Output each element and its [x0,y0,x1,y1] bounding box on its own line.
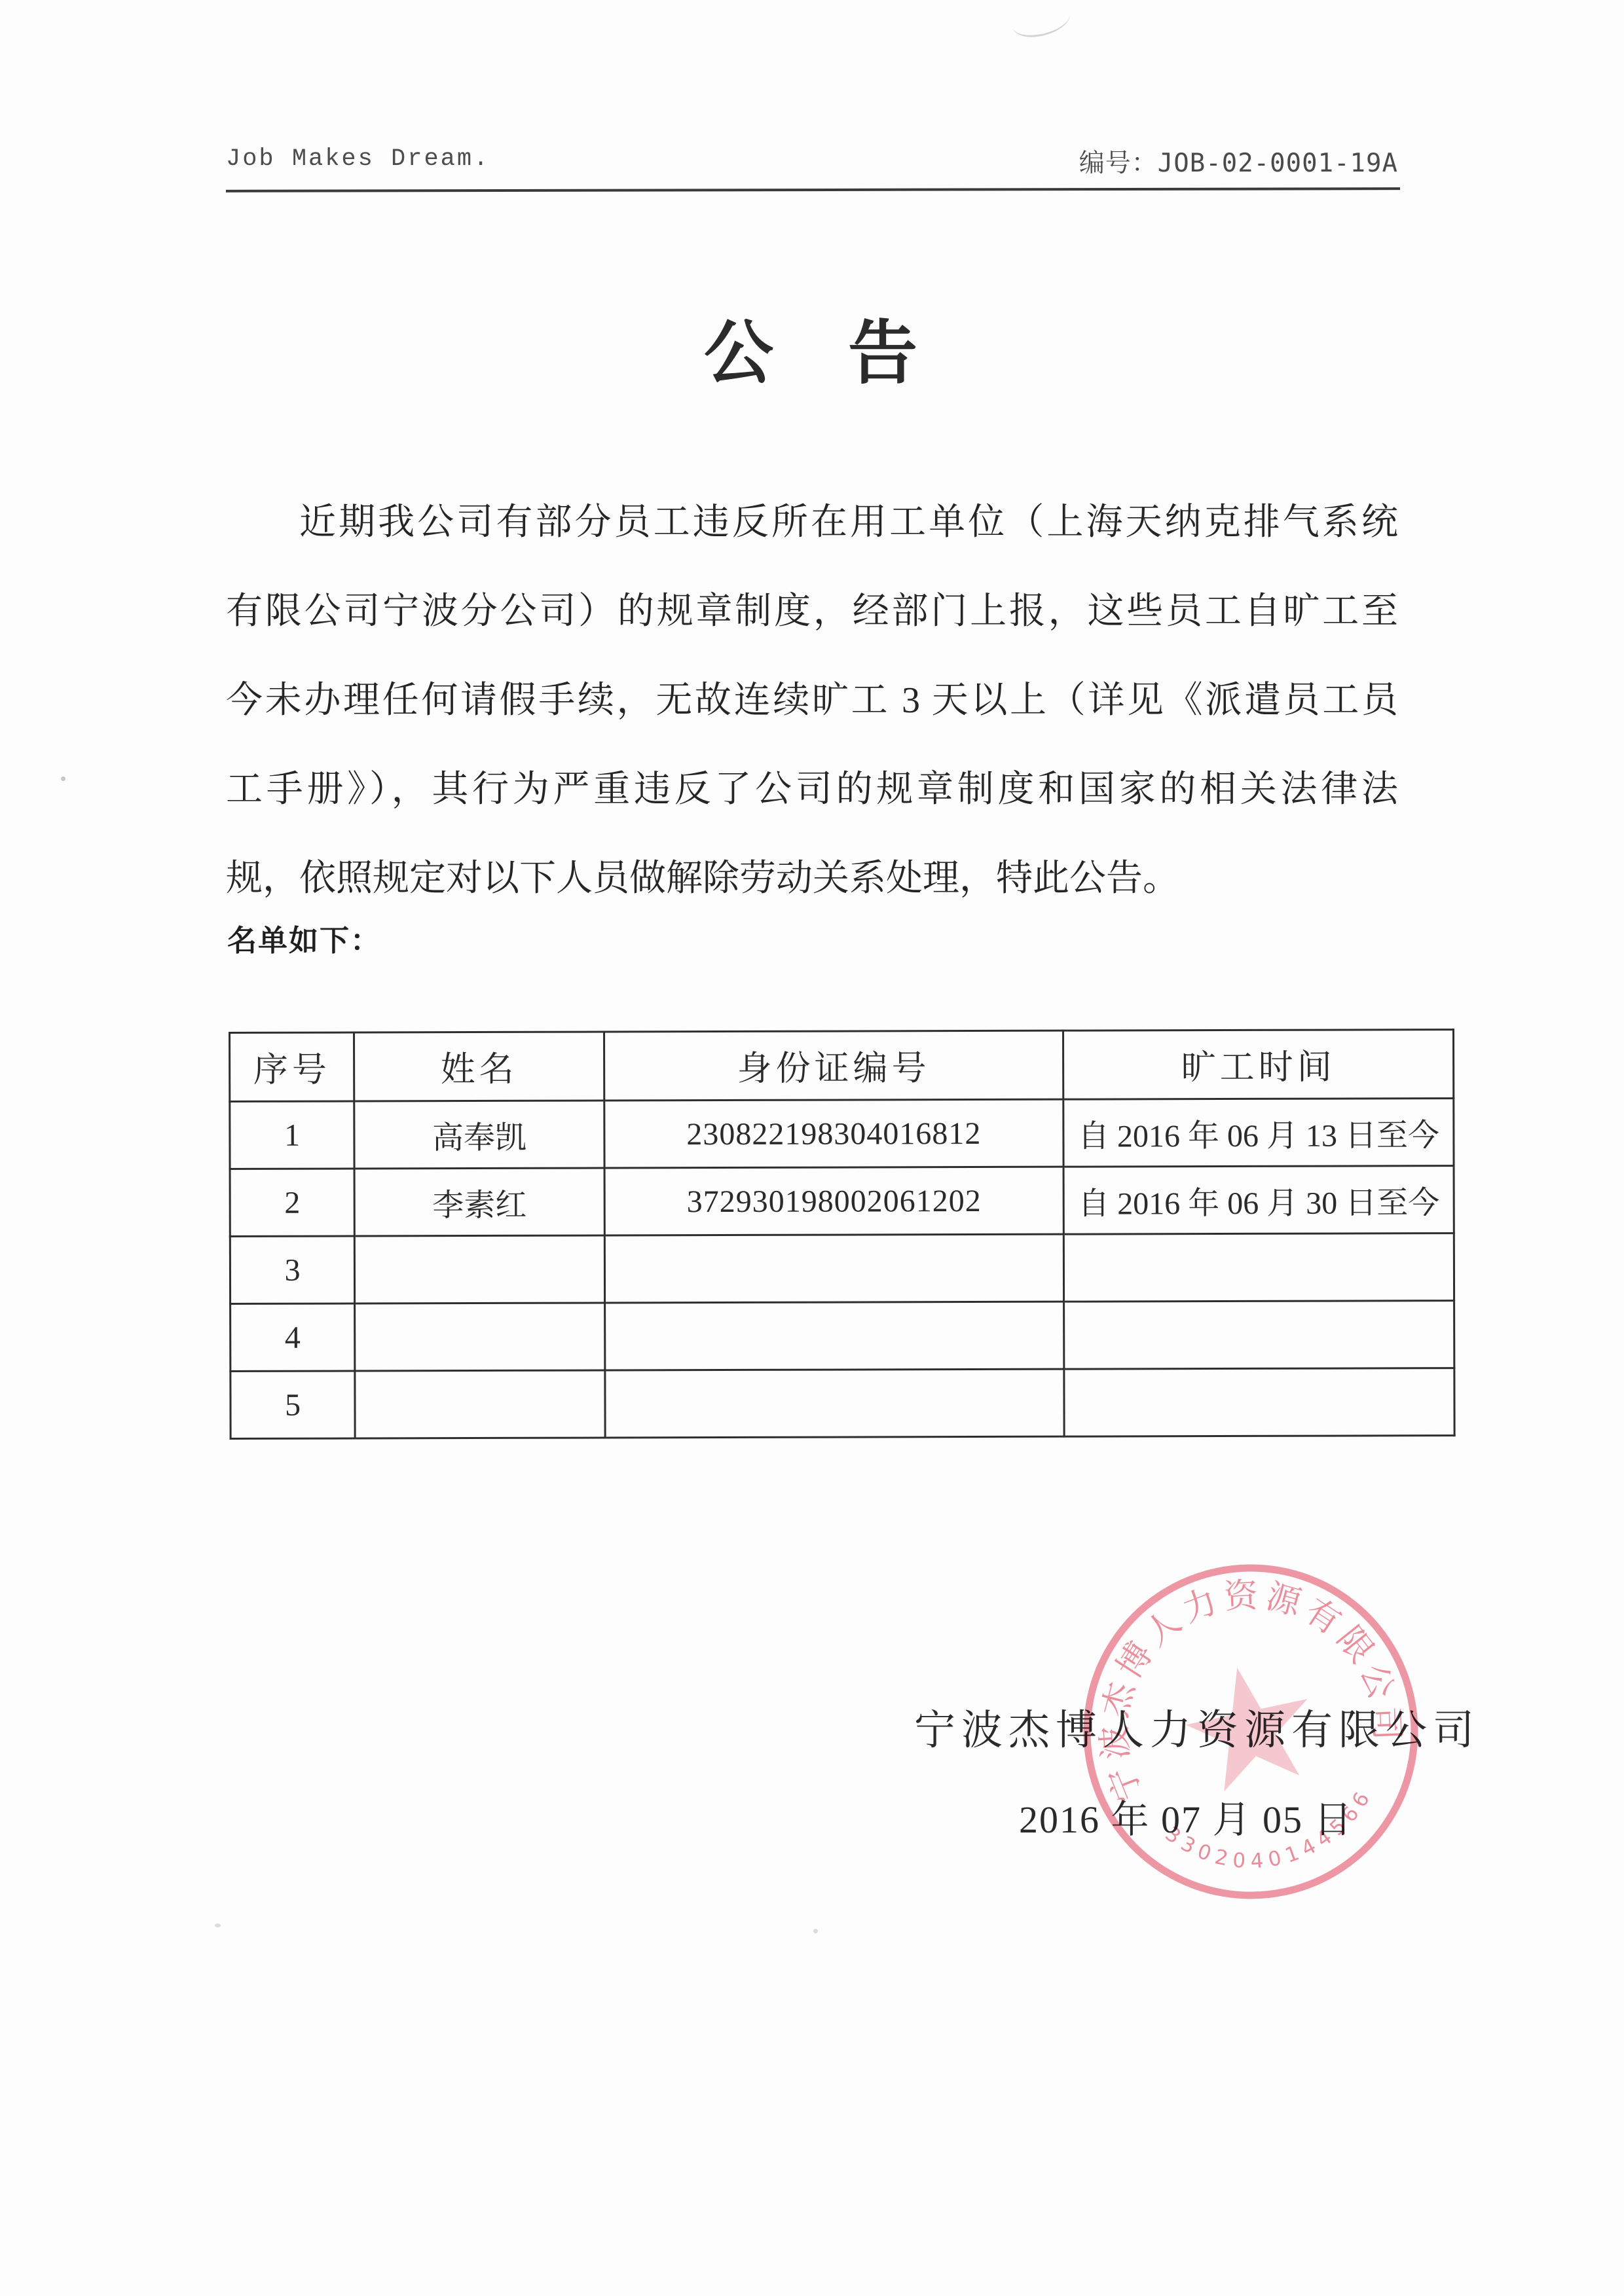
cell-name: 高奉凯 [354,1101,604,1169]
cell-name [355,1370,605,1438]
cell-id [605,1369,1064,1438]
dismissal-table: 序号 姓名 身份证编号 旷工时间 1 高奉凯 23082219830401681… [229,1029,1456,1440]
cell-id: 230822198304016812 [604,1099,1063,1168]
cell-index: 4 [231,1303,356,1371]
cell-time: 自 2016 年 06 月 30 日至今 [1063,1166,1454,1235]
body-line: 工手册》），其行为严重违反了公司的规章制度和国家的相关法律法 [226,745,1398,834]
cell-id [604,1234,1063,1303]
cell-index: 1 [230,1101,355,1169]
cell-index: 2 [230,1169,355,1236]
signature-company: 宁波杰博人力资源有限公司 [914,1697,1480,1757]
col-header-name: 姓名 [354,1032,604,1101]
scan-speck [215,1923,221,1927]
scan-artifact [1010,0,1073,40]
table-row: 3 [230,1233,1454,1304]
cell-name [355,1235,605,1303]
company-slogan: Job Makes Dream. [226,145,490,173]
table-row: 2 李素红 372930198002061202 自 2016 年 06 月 3… [230,1166,1454,1237]
scan-speck [61,776,65,781]
body-line: 近期我公司有部分员工违反所在用工单位（上海天纳克排气系统 [226,478,1398,567]
cell-name: 李素红 [354,1168,604,1236]
scanned-notice-page: Job Makes Dream. 编号：JOB-02-0001-19A 公 告 … [0,0,1624,2296]
cell-id: 372930198002061202 [604,1167,1063,1235]
body-line: 今未办理任何请假手续，无故连续旷工 3 天以上（详见《派遣员工员 [226,656,1398,745]
cell-id [604,1302,1063,1370]
cell-time [1064,1368,1454,1437]
cell-name [355,1303,605,1371]
notice-body: 近期我公司有部分员工违反所在用工单位（上海天纳克排气系统 有限公司宁波分公司）的… [226,478,1398,923]
cell-time [1064,1301,1454,1370]
body-line: 规，依照规定对以下人员做解除劳动关系处理，特此公告。 [226,834,1398,923]
col-header-id: 身份证编号 [604,1030,1063,1101]
seal-ring-text: 宁波杰博人力资源有限公司 [1067,1548,1412,1808]
cell-index: 5 [231,1371,356,1438]
scan-speck [813,1929,818,1933]
signature-date: 2016 年 07 月 05 日 [1019,1789,1354,1844]
cell-index: 3 [230,1236,355,1303]
document-number: 编号：JOB-02-0001-19A [1079,143,1398,179]
col-header-time: 旷工时间 [1063,1030,1454,1100]
list-label: 名单如下： [227,917,381,959]
page-title: 公 告 [0,298,1624,397]
table-row: 4 [231,1301,1454,1372]
col-header-index: 序号 [230,1032,355,1101]
body-line: 有限公司宁波分公司）的规章制度，经部门上报，这些员工自旷工至 [226,567,1398,656]
cell-time [1063,1233,1454,1302]
header-divider [226,187,1400,192]
table-row: 5 [231,1368,1454,1439]
table-header-row: 序号 姓名 身份证编号 旷工时间 [230,1030,1454,1102]
cell-time: 自 2016 年 06 月 13 日至今 [1063,1099,1454,1167]
table-row: 1 高奉凯 230822198304016812 自 2016 年 06 月 1… [230,1099,1454,1169]
